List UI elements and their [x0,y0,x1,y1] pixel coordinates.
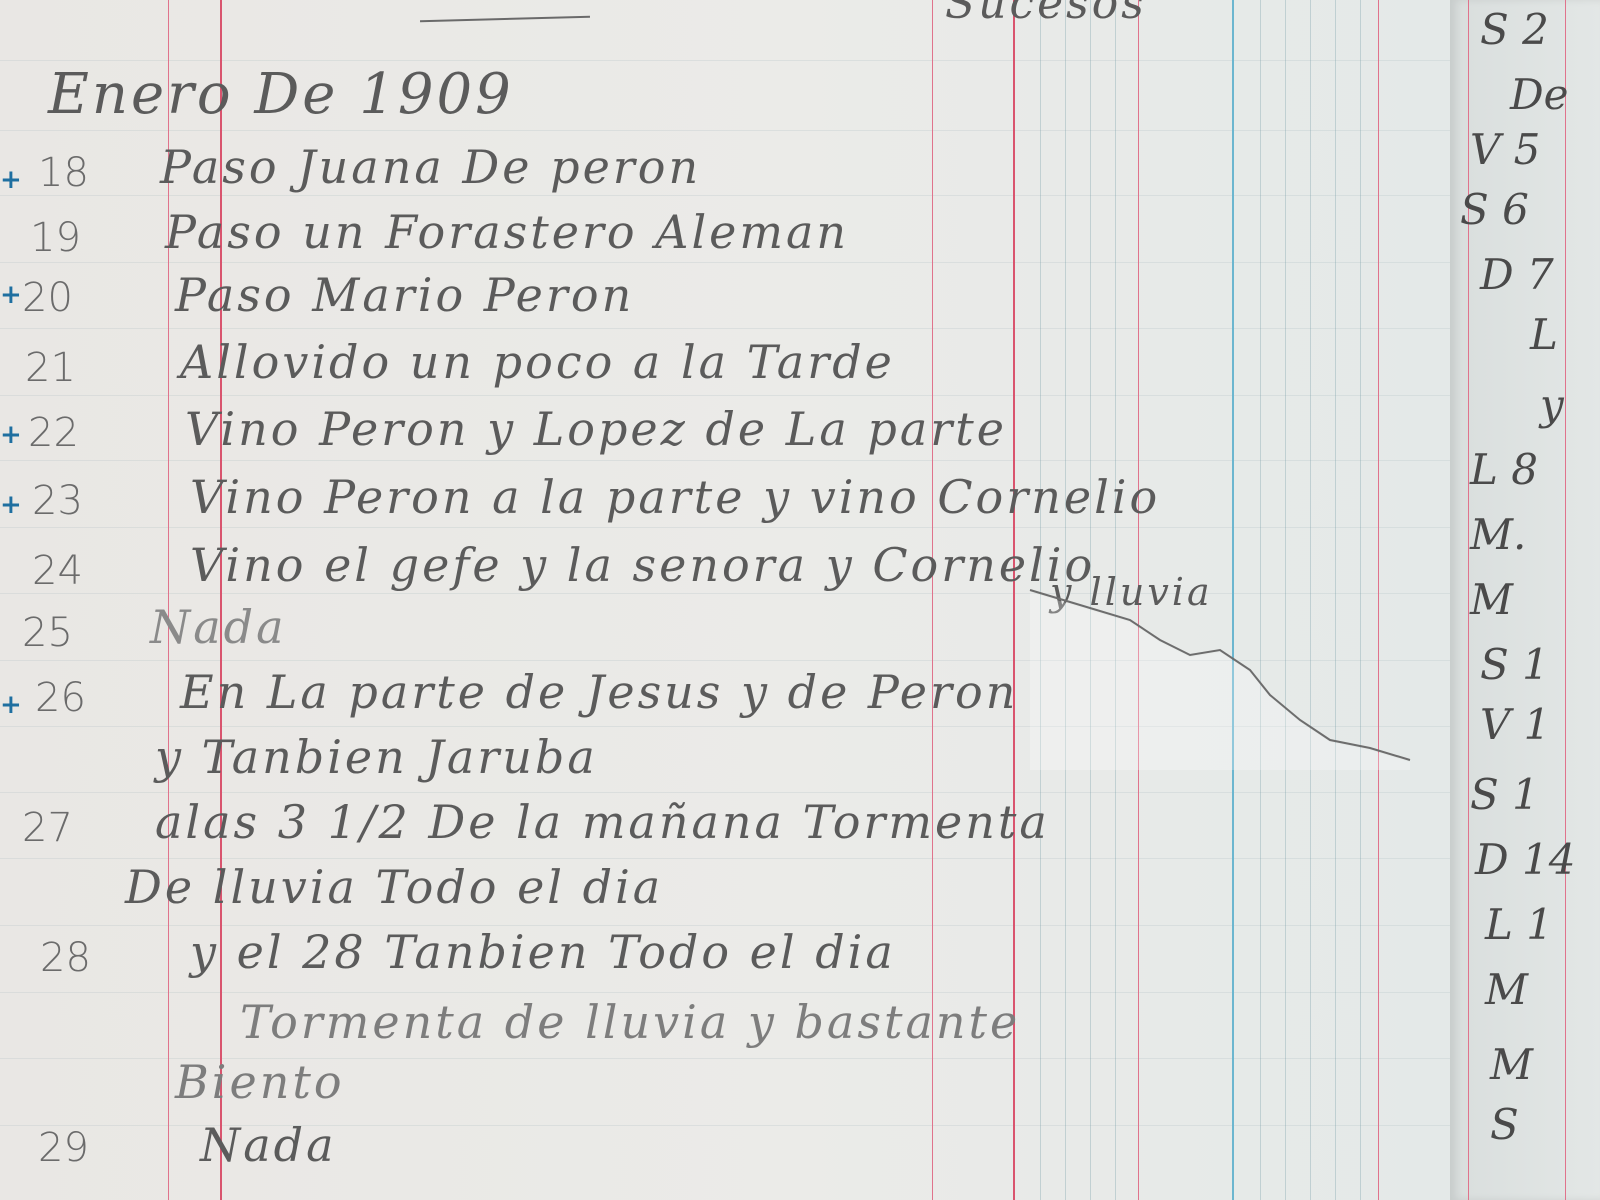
entry-text: Vino el gefe y la senora y Cornelio [190,538,1095,592]
right-fragment: L 1 [1485,900,1553,949]
entry-continuation: De lluvia Todo el dia [125,860,663,914]
blue-cross-mark-icon: + [0,420,22,450]
entry-day: 24 [32,548,83,594]
entry-text: Nada [200,1118,337,1172]
right-fragment: De [1510,70,1569,119]
right-fragment: D 14 [1475,835,1575,884]
ledger-page-left: Sucesos Enero De 1909 + + + + + 18 Paso … [0,0,1450,1200]
entry-day: 25 [22,610,73,656]
entry-text: Paso Mario Peron [175,268,634,322]
entry-day: 19 [30,215,81,261]
entry-day: 29 [38,1125,89,1171]
entry-text: Vino Peron y Lopez de La parte [185,402,1007,456]
entry-day: 28 [40,935,91,981]
blue-cross-mark-icon: + [0,280,22,310]
entry-continuation: Biento [175,1055,345,1109]
right-fragment: M. [1470,510,1526,559]
entry-continuation: Tormenta de lluvia y bastante [240,995,1020,1049]
right-fragment: L [1530,310,1558,359]
page-heading: Enero De 1909 [48,62,514,127]
column-rule [1565,0,1566,1200]
entry-day: 26 [35,675,86,721]
entry-text: Vino Peron a la parte y vino Cornelio [190,470,1160,524]
right-fragment: S 2 [1480,5,1549,54]
entry-text: Paso Juana De peron [160,140,701,194]
entry-day: 27 [22,805,73,851]
right-fragment: L 8 [1470,445,1538,494]
paper-tear [1010,570,1430,770]
entry-day: 23 [32,478,83,524]
right-fragment: S 1 [1470,770,1539,819]
right-fragment: V 1 [1480,700,1550,749]
entry-day: 18 [38,150,89,196]
right-fragment: S [1490,1100,1519,1149]
right-fragment: S 1 [1480,640,1549,689]
entry-day: 20 [22,275,73,321]
blue-cross-mark-icon: + [0,165,22,195]
right-fragment: y [1540,380,1564,429]
entry-continuation: y Tanbien Jaruba [155,730,598,784]
right-fragment: D 7 [1480,250,1554,299]
right-fragment: V 5 [1470,125,1540,174]
header-underline [420,16,590,22]
ledger-page-right-edge: S 2 De V 5 S 6 D 7 L y L 8 M. M S 1 V 1 … [1450,0,1600,1200]
entry-text: alas 3 1/2 De la mañana Tormenta [155,795,1050,849]
entry-text: Paso un Forastero Aleman [165,205,849,259]
entry-text: Allovido un poco a la Tarde [180,335,895,389]
right-fragment: M [1485,965,1528,1014]
right-fragment: M [1490,1040,1533,1089]
column-rule [1468,0,1469,1200]
right-fragment: S 6 [1460,185,1529,234]
entry-day: 22 [28,410,79,456]
right-fragment: M [1470,575,1513,624]
entry-text: y el 28 Tanbien Todo el dia [190,925,896,979]
blue-cross-mark-icon: + [0,490,22,520]
entry-day: 21 [25,345,76,391]
entry-text: Nada [150,600,287,654]
entry-text: En La parte de Jesus y de Peron [180,665,1018,719]
header-fragment: Sucesos [945,0,1147,29]
blue-cross-mark-icon: + [0,690,22,720]
